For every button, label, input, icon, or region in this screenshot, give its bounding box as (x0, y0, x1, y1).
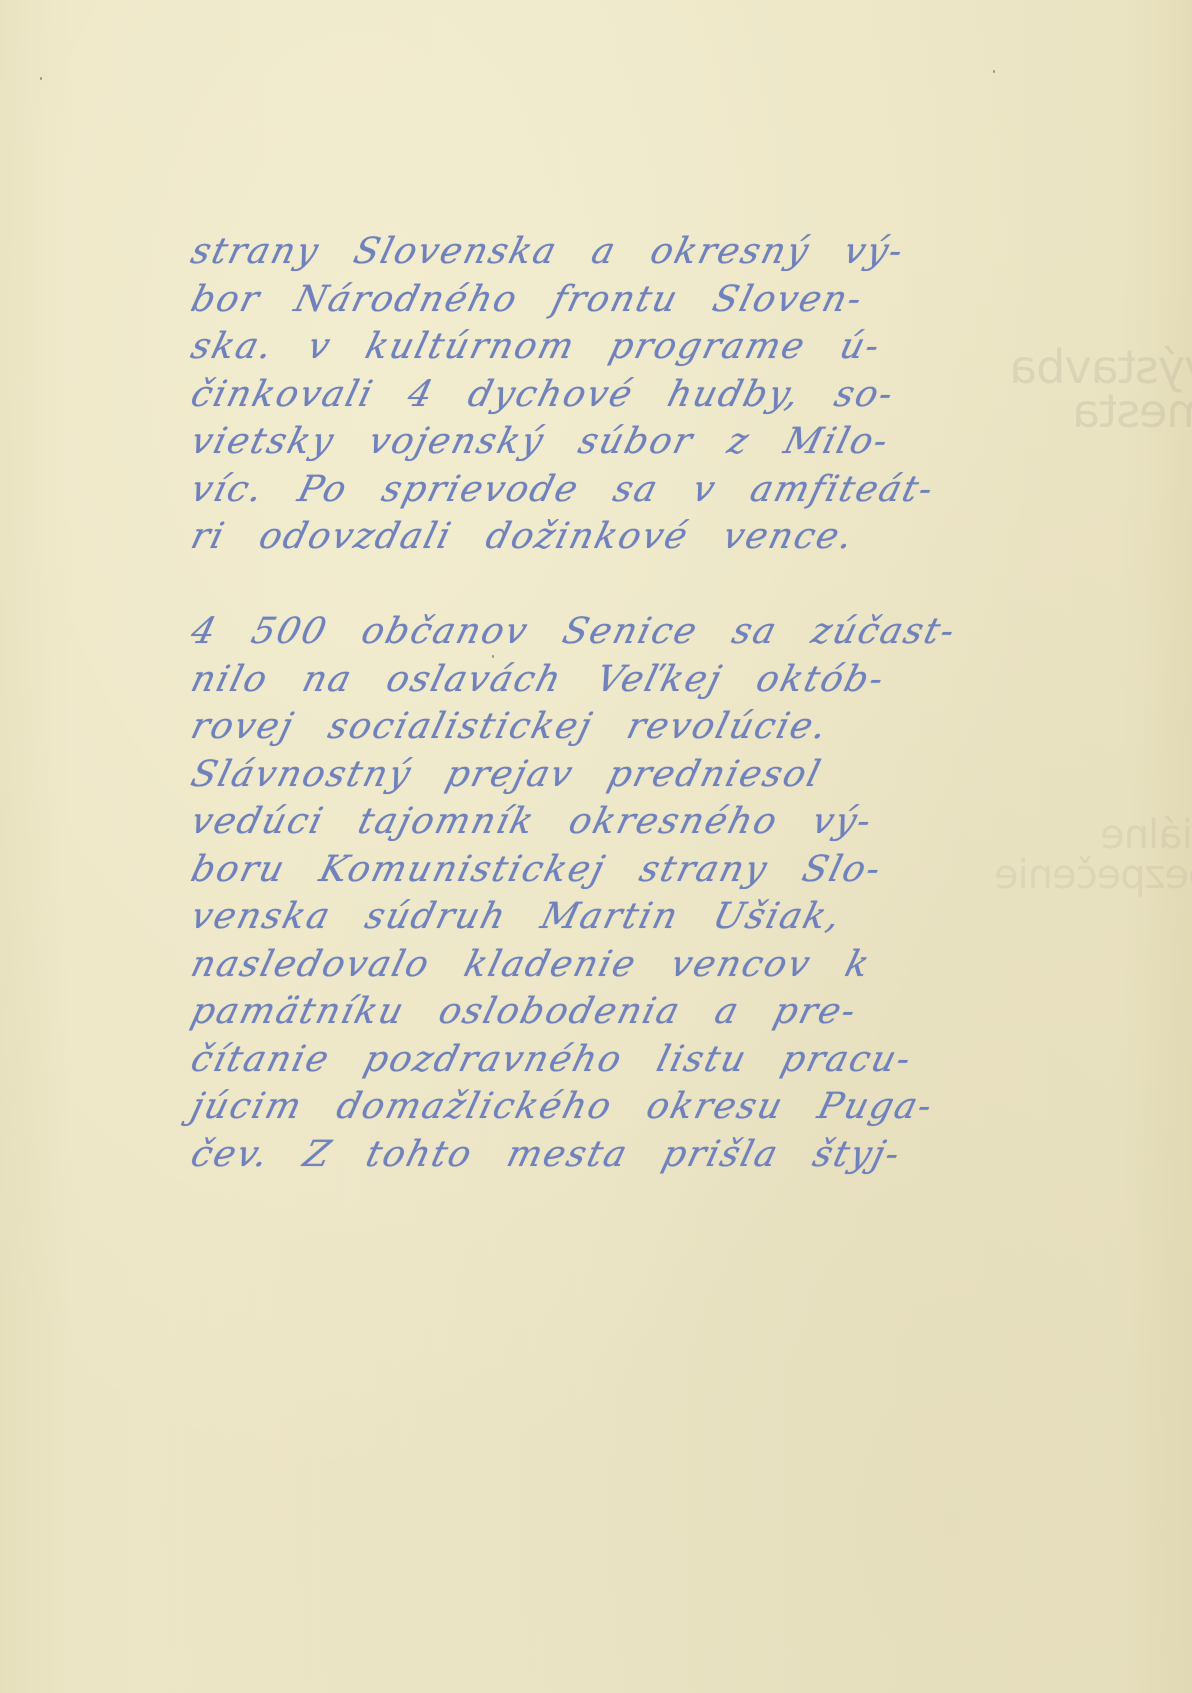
text-line: nasledovalo kladenie vencov k (186, 941, 918, 989)
text-line: čev. Z tohto mesta prišla štyj- (186, 1131, 918, 1179)
text-line: víc. Po sprievode sa v amfiteát- (186, 466, 918, 514)
paragraph-gap (186, 561, 906, 609)
text-line: nilo na oslavách Veľkej októb- (186, 656, 918, 704)
text-line: vietsky vojenský súbor z Milo- (186, 418, 918, 466)
text-line: rovej socialistickej revolúcie. (186, 703, 918, 751)
handwritten-text: strany Slovenska a okresný vý- bor Národ… (186, 228, 906, 1178)
text-line: vedúci tajomník okresného vý- (186, 798, 918, 846)
text-line: strany Slovenska a okresný vý- (186, 228, 918, 276)
text-line: ska. v kultúrnom programe ú- (186, 323, 918, 371)
text-line: 4 500 občanov Senice sa zúčast- (186, 608, 918, 656)
text-line: činkovali 4 dychové hudby, so- (186, 371, 918, 419)
bleed-through-text: výstavba mesta (1010, 345, 1192, 433)
paper-speck (993, 70, 995, 73)
text-line: čítanie pozdravného listu pracu- (186, 1036, 918, 1084)
paragraph-2: 4 500 občanov Senice sa zúčast- nilo na … (186, 608, 906, 1178)
paper-speck (40, 77, 42, 80)
paragraph-1: strany Slovenska a okresný vý- bor Národ… (186, 228, 906, 561)
text-line: ri odovzdali dožinkové vence. (186, 513, 918, 561)
text-line: júcim domažlického okresu Puga- (186, 1083, 918, 1131)
text-line: boru Komunistickej strany Slo- (186, 846, 918, 894)
text-line: bor Národného frontu Sloven- (186, 276, 918, 324)
text-line: venska súdruh Martin Ušiak, (186, 893, 918, 941)
text-line: pamätníku oslobodenia a pre- (186, 988, 918, 1036)
text-line: Slávnostný prejav predniesol (186, 751, 918, 799)
bleed-through-text: sociálne zabezpečenie (995, 815, 1192, 895)
